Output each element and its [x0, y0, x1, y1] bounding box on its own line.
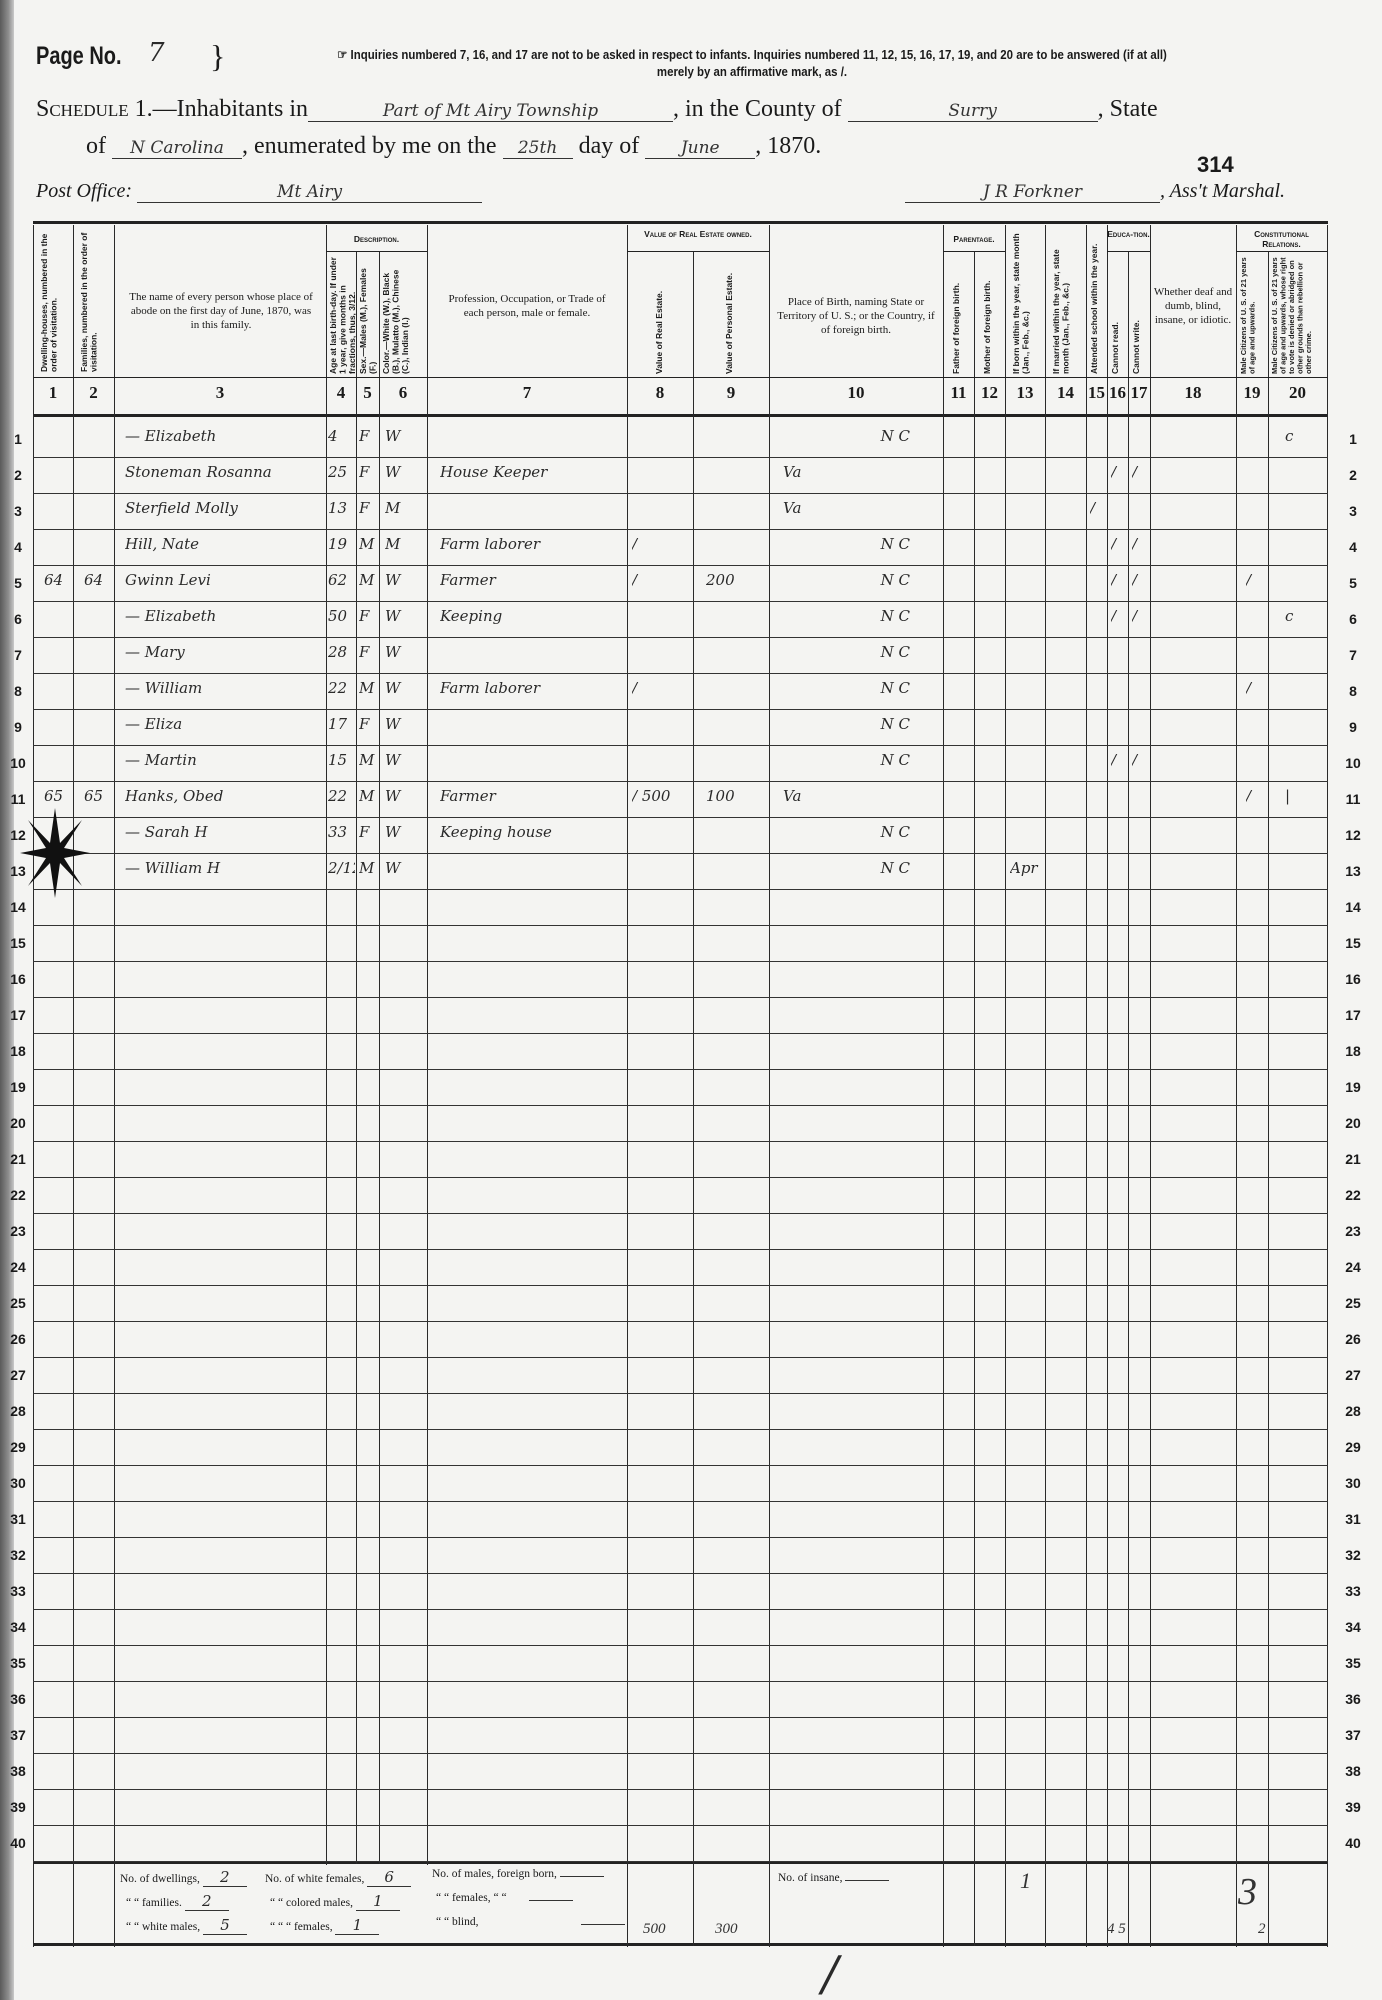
table-row: 3232	[33, 1537, 1328, 1574]
cannot-read: /	[1111, 463, 1126, 481]
table-row: 3333	[33, 1573, 1328, 1610]
color: W	[385, 859, 425, 877]
line-number-left: 34	[3, 1619, 33, 1635]
occupation: Keeping	[440, 607, 625, 625]
age: 22	[328, 679, 355, 697]
line-number-right: 7	[1338, 647, 1368, 663]
header-col-5: Sex.—Males (M.), Females (F.)	[359, 256, 377, 374]
total-read-write: 4 5	[1107, 1921, 1126, 1938]
color: W	[385, 643, 425, 661]
line-number-right: 16	[1338, 971, 1368, 987]
birthplace: Va	[775, 787, 940, 805]
dwelling-number: 64	[44, 571, 73, 589]
table-row: 3030	[33, 1465, 1328, 1502]
year-label: , 1870.	[755, 133, 821, 159]
line-number-left: 2	[3, 467, 33, 483]
line-number-right: 9	[1338, 719, 1368, 735]
line-number-left: 24	[3, 1259, 33, 1275]
colored-females-label: “ “ “ females,	[270, 1921, 333, 1933]
marshal-label: , Ass't Marshal.	[1160, 180, 1285, 202]
state-field: N Carolina	[112, 138, 242, 159]
line-number-right: 25	[1338, 1295, 1368, 1311]
vote-denied: c	[1285, 427, 1320, 445]
table-row: Sterfield Molly13FMVa/33	[33, 493, 1328, 530]
sex: F	[359, 607, 379, 625]
header-group-value: Value of Real Estate owned.	[627, 229, 769, 239]
marshal-line: J R Forkner, Ass't Marshal.	[905, 180, 1285, 203]
color: W	[385, 787, 425, 805]
blind-count	[581, 1924, 625, 1925]
table-row: 2828	[33, 1393, 1328, 1430]
county-field: Surry	[848, 101, 1098, 122]
family-number: 64	[84, 571, 114, 589]
birthplace: N C	[775, 715, 940, 733]
day-field: 25th	[503, 138, 573, 159]
birthplace: N C	[775, 607, 940, 625]
age: 15	[328, 751, 355, 769]
table-row: — Elizabeth4FWN Cc11	[33, 421, 1328, 458]
table-row: — William22MWFarm laborer/N C/88	[33, 673, 1328, 710]
header-col-15: Attended school within the year.	[1090, 232, 1103, 374]
table-row: 3636	[33, 1681, 1328, 1718]
table-row: 3737	[33, 1717, 1328, 1754]
instructions-line-1: ☞ Inquiries numbered 7, 16, and 17 are n…	[290, 46, 1214, 63]
dwelling-number: 65	[44, 787, 73, 805]
line-number-right: 38	[1338, 1763, 1368, 1779]
birthplace: N C	[775, 571, 940, 589]
line-number-right: 39	[1338, 1799, 1368, 1815]
person-name: Sterfield Molly	[125, 499, 325, 517]
line-number-right: 13	[1338, 863, 1368, 879]
age: 62	[328, 571, 355, 589]
color: W	[385, 571, 425, 589]
post-office-line: Post Office: Mt Airy	[36, 180, 482, 203]
sex: M	[359, 787, 379, 805]
table-row: 1515	[33, 925, 1328, 962]
header-col-16: Cannot read.	[1111, 256, 1124, 374]
person-name: — Mary	[125, 643, 325, 661]
table-row: 1616	[33, 961, 1328, 998]
table-row: 1818	[33, 1033, 1328, 1070]
person-name: Gwinn Levi	[125, 571, 325, 589]
line-number-left: 23	[3, 1223, 33, 1239]
line-number-left: 5	[3, 575, 33, 591]
table-row: 3939	[33, 1789, 1328, 1826]
inhabitants-label: —Inhabitants in	[153, 96, 308, 122]
cannot-write: /	[1132, 751, 1147, 769]
line-number-right: 19	[1338, 1079, 1368, 1095]
table-row: 1414	[33, 889, 1328, 926]
person-name: Hill, Nate	[125, 535, 325, 553]
age: 4	[328, 427, 355, 445]
table-row: 2929	[33, 1429, 1328, 1466]
person-name: — William	[125, 679, 325, 697]
line-number-right: 14	[1338, 899, 1368, 915]
person-name: Stoneman Rosanna	[125, 463, 325, 481]
header-col-4: Age at last birth-day. If under 1 year, …	[329, 256, 354, 374]
male-citizen: /	[1246, 571, 1266, 589]
county-label: , in the County of	[673, 96, 842, 122]
blind-label: “ “ blind,	[436, 1916, 478, 1928]
sex: M	[359, 571, 379, 589]
occupation: Farmer	[440, 571, 625, 589]
header-col-17: Cannot write.	[1132, 256, 1145, 374]
header-group-description: Description.	[326, 234, 427, 244]
colored-males-label: “ “ colored males,	[270, 1897, 353, 1909]
occupation: Keeping house	[440, 823, 625, 841]
schedule-label: Schedule 1.	[36, 96, 153, 122]
line-number-left: 31	[3, 1511, 33, 1527]
star-mark-icon	[20, 808, 90, 898]
age: 17	[328, 715, 355, 733]
line-number-left: 30	[3, 1475, 33, 1491]
line-number-left: 29	[3, 1439, 33, 1455]
age: 19	[328, 535, 355, 553]
foreign-males-label: No. of males, foreign born,	[432, 1868, 557, 1880]
color: M	[385, 499, 425, 517]
table-row: 3535	[33, 1645, 1328, 1682]
sex: F	[359, 499, 379, 517]
table-row: — Mary28FWN C77	[33, 637, 1328, 674]
header-col-8: Value of Real Estate.	[655, 256, 667, 374]
color: W	[385, 823, 425, 841]
table-row: 6565Hanks, Obed22MWFarmer/ 500100Va/|111…	[33, 781, 1328, 818]
line-number-right: 18	[1338, 1043, 1368, 1059]
line-number-left: 39	[3, 1799, 33, 1815]
color: W	[385, 715, 425, 733]
line-number-right: 36	[1338, 1691, 1368, 1707]
table-row: 3131	[33, 1501, 1328, 1538]
color: W	[385, 463, 425, 481]
line-number-right: 6	[1338, 611, 1368, 627]
vote-denied: c	[1285, 607, 1320, 625]
real-estate-value: / 500	[632, 787, 692, 805]
total-real-estate: 500	[643, 1921, 666, 1938]
insane-label: No. of insane,	[778, 1872, 843, 1884]
line-number-right: 4	[1338, 539, 1368, 555]
table-top-border	[33, 221, 1328, 224]
table-bottom-border	[33, 1943, 1328, 1946]
birthplace: N C	[775, 679, 940, 697]
line-number-left: 8	[3, 683, 33, 699]
table-row: 1717	[33, 997, 1328, 1034]
line-number-right: 28	[1338, 1403, 1368, 1419]
line-number-left: 16	[3, 971, 33, 987]
foreign-females-label: “ “ females, “ “	[436, 1892, 507, 1904]
families-count: 2	[185, 1892, 229, 1911]
header-col-20: Male Citizens of U. S. of 21 years of ag…	[1271, 256, 1325, 374]
sheet-number: 314	[1197, 152, 1234, 178]
table-row: 2525	[33, 1285, 1328, 1322]
line-number-left: 38	[3, 1763, 33, 1779]
cannot-write: /	[1132, 607, 1147, 625]
attended-school: /	[1090, 499, 1105, 517]
table-row: Stoneman Rosanna25FWHouse KeeperVa//22	[33, 457, 1328, 494]
header-col-2: Families, numbered in the order of visit…	[80, 232, 108, 372]
cannot-read: /	[1111, 751, 1126, 769]
color: W	[385, 751, 425, 769]
total-personal-estate: 300	[715, 1921, 738, 1938]
line-number-right: 23	[1338, 1223, 1368, 1239]
vote-denied: |	[1285, 787, 1320, 805]
cannot-read: /	[1111, 535, 1126, 553]
line-number-left: 14	[3, 899, 33, 915]
line-number-right: 32	[1338, 1547, 1368, 1563]
header-group-constitutional: Constitutional Relations.	[1236, 229, 1327, 249]
person-name: Hanks, Obed	[125, 787, 325, 805]
table-row: — Martin15MWN C//1010	[33, 745, 1328, 782]
color: M	[385, 535, 425, 553]
line-number-left: 22	[3, 1187, 33, 1203]
birth-month: Apr	[1010, 859, 1043, 877]
line-number-right: 21	[1338, 1151, 1368, 1167]
instructions: ☞ Inquiries numbered 7, 16, and 17 are n…	[290, 46, 1214, 80]
birthplace: N C	[775, 859, 940, 877]
real-estate-value: /	[632, 679, 692, 697]
line-number-right: 40	[1338, 1835, 1368, 1851]
line-number-right: 33	[1338, 1583, 1368, 1599]
line-number-left: 1	[3, 431, 33, 447]
line-number-left: 27	[3, 1367, 33, 1383]
header-col-10: Place of Birth, naming State or Territor…	[776, 295, 936, 337]
line-number-right: 31	[1338, 1511, 1368, 1527]
line-number-right: 2	[1338, 467, 1368, 483]
birthplace: Va	[775, 463, 940, 481]
cannot-write: /	[1132, 571, 1147, 589]
white-males-count: 5	[203, 1916, 247, 1935]
colored-males-count: 1	[356, 1892, 400, 1911]
white-females-count: 6	[367, 1868, 411, 1887]
line-number-left: 7	[3, 647, 33, 663]
line-number-right: 3	[1338, 503, 1368, 519]
age: 22	[328, 787, 355, 805]
header-col-7: Profession, Occupation, or Trade of each…	[442, 292, 612, 320]
birthplace: N C	[775, 427, 940, 445]
dwellings-count: 2	[203, 1868, 247, 1887]
table-row: 2020	[33, 1105, 1328, 1142]
birthplace: N C	[775, 823, 940, 841]
sex: F	[359, 715, 379, 733]
header-number-divider	[33, 377, 1328, 378]
line-number-left: 19	[3, 1079, 33, 1095]
table-row: 4040	[33, 1825, 1328, 1862]
page-number-label: Page No.	[36, 42, 122, 71]
cannot-read: /	[1111, 607, 1126, 625]
occupation: Farm laborer	[440, 679, 625, 697]
total-col-19: 3	[1238, 1870, 1257, 1914]
header-group-parentage: Parentage.	[943, 234, 1005, 244]
sex: M	[359, 679, 379, 697]
occupation: Farmer	[440, 787, 625, 805]
enumerated-label: , enumerated by me on the	[242, 133, 497, 159]
color: W	[385, 427, 425, 445]
sex: F	[359, 823, 379, 841]
age: 13	[328, 499, 355, 517]
sex: M	[359, 535, 379, 553]
sex: F	[359, 643, 379, 661]
cannot-write: /	[1132, 463, 1147, 481]
enumeration-line: of N Carolina, enumerated by me on the 2…	[86, 133, 821, 160]
header-group-education: Educa-tion.	[1107, 229, 1150, 239]
line-number-right: 12	[1338, 827, 1368, 843]
family-number: 65	[84, 787, 114, 805]
dwellings-label: No. of dwellings,	[120, 1873, 200, 1885]
header-bottom-border	[33, 414, 1328, 417]
birthplace: N C	[775, 643, 940, 661]
review-check-mark: /	[822, 1946, 838, 2000]
line-number-right: 8	[1338, 683, 1368, 699]
real-estate-value: /	[632, 571, 692, 589]
occupation: House Keeper	[440, 463, 625, 481]
line-number-right: 15	[1338, 935, 1368, 951]
line-number-right: 27	[1338, 1367, 1368, 1383]
line-number-left: 20	[3, 1115, 33, 1131]
person-name: — William H	[125, 859, 325, 877]
occupation: Farm laborer	[440, 535, 625, 553]
line-number-right: 26	[1338, 1331, 1368, 1347]
line-number-left: 40	[3, 1835, 33, 1851]
table-row: Hill, Nate19MMFarm laborer/N C//44	[33, 529, 1328, 566]
foreign-females-count	[529, 1900, 573, 1901]
post-office-field: Mt Airy	[137, 182, 482, 203]
person-name: — Elizabeth	[125, 607, 325, 625]
header-col-13: If born within the year, state month (Ja…	[1012, 232, 1038, 374]
line-number-right: 1	[1338, 431, 1368, 447]
personal-estate-value: 200	[706, 571, 766, 589]
page-number-value: 7	[148, 38, 165, 68]
line-number-right: 20	[1338, 1115, 1368, 1131]
line-number-left: 35	[3, 1655, 33, 1671]
line-number-left: 11	[3, 791, 33, 807]
header-col-19: Male Citizens of U. S. of 21 years of ag…	[1240, 256, 1266, 374]
sex: F	[359, 463, 379, 481]
table-row: 2323	[33, 1213, 1328, 1250]
color: W	[385, 607, 425, 625]
age: 25	[328, 463, 355, 481]
line-number-right: 30	[1338, 1475, 1368, 1491]
post-office-label: Post Office:	[36, 180, 132, 202]
white-females-label: No. of white females,	[265, 1873, 364, 1885]
birthplace: N C	[775, 535, 940, 553]
header-col-14: If married within the year, state month …	[1052, 232, 1078, 374]
table-row: 2222	[33, 1177, 1328, 1214]
schedule-line: Schedule 1.—Inhabitants inPart of Mt Air…	[36, 96, 1158, 123]
total-col-13: 1	[1020, 1868, 1031, 1894]
table-row: 3434	[33, 1609, 1328, 1646]
sex: F	[359, 427, 379, 445]
line-number-left: 18	[3, 1043, 33, 1059]
line-number-right: 10	[1338, 755, 1368, 771]
table-row: — William H2/12MWN CApr1313	[33, 853, 1328, 890]
line-number-right: 29	[1338, 1439, 1368, 1455]
male-citizen: /	[1246, 787, 1266, 805]
table-row: — Sarah H33FWKeeping houseN C1212	[33, 817, 1328, 854]
person-name: — Elizabeth	[125, 427, 325, 445]
real-estate-value: /	[632, 535, 692, 553]
line-number-left: 32	[3, 1547, 33, 1563]
month-field: June	[645, 138, 755, 159]
line-number-left: 15	[3, 935, 33, 951]
person-name: — Martin	[125, 751, 325, 769]
table-row: 2424	[33, 1249, 1328, 1286]
line-number-left: 4	[3, 539, 33, 555]
white-males-label: “ “ white males,	[126, 1921, 200, 1933]
line-number-right: 17	[1338, 1007, 1368, 1023]
header-col-11: Father of foreign birth.	[952, 256, 964, 374]
line-number-left: 6	[3, 611, 33, 627]
day-of-label: day of	[579, 133, 640, 159]
line-number-left: 3	[3, 503, 33, 519]
age: 50	[328, 607, 355, 625]
birthplace: N C	[775, 751, 940, 769]
line-number-right: 22	[1338, 1187, 1368, 1203]
table-row: 1919	[33, 1069, 1328, 1106]
line-number-left: 28	[3, 1403, 33, 1419]
age: 28	[328, 643, 355, 661]
cannot-read: /	[1111, 571, 1126, 589]
line-number-left: 36	[3, 1691, 33, 1707]
person-name: — Sarah H	[125, 823, 325, 841]
line-number-left: 9	[3, 719, 33, 735]
line-number-right: 37	[1338, 1727, 1368, 1743]
line-number-right: 24	[1338, 1259, 1368, 1275]
state-label: , State	[1098, 96, 1158, 122]
person-name: — Eliza	[125, 715, 325, 733]
table-row: 2626	[33, 1321, 1328, 1358]
line-number-right: 5	[1338, 575, 1368, 591]
line-number-left: 26	[3, 1331, 33, 1347]
sex: M	[359, 859, 379, 877]
sex: M	[359, 751, 379, 769]
header-col-9: Value of Personal Estate.	[725, 256, 737, 374]
line-number-left: 25	[3, 1295, 33, 1311]
header-col-18: Whether deaf and dumb, blind, insane, or…	[1152, 285, 1234, 327]
instructions-line-2: merely by an affirmative mark, as /.	[290, 63, 1214, 80]
personal-estate-value: 100	[706, 787, 766, 805]
line-number-left: 33	[3, 1583, 33, 1599]
table-row: 2121	[33, 1141, 1328, 1178]
header-col-1: Dwelling-houses, numbered in the order o…	[40, 232, 68, 372]
line-number-left: 10	[3, 755, 33, 771]
line-number-left: 21	[3, 1151, 33, 1167]
total-col-20: 2	[1258, 1921, 1266, 1938]
cannot-write: /	[1132, 535, 1147, 553]
township-field: Part of Mt Airy Township	[308, 101, 673, 122]
line-number-right: 34	[1338, 1619, 1368, 1635]
of-label: of	[86, 133, 106, 159]
line-number-right: 35	[1338, 1655, 1368, 1671]
families-label: “ “ families.	[126, 1897, 182, 1909]
header-col-6: Color.—White (W.), Black (B.), Mulatto (…	[382, 256, 424, 374]
insane-count	[845, 1880, 889, 1881]
foreign-males-count	[560, 1876, 604, 1877]
table-row: 6464Gwinn Levi62MWFarmer/200N C///55	[33, 565, 1328, 602]
male-citizen: /	[1246, 679, 1266, 697]
table-row: — Elizabeth50FWKeepingN C//c66	[33, 601, 1328, 638]
line-number-right: 11	[1338, 791, 1368, 807]
table-row: 2727	[33, 1357, 1328, 1394]
line-number-left: 37	[3, 1727, 33, 1743]
table-row: — Eliza17FWN C99	[33, 709, 1328, 746]
header-col-3: The name of every person whose place of …	[126, 290, 316, 332]
birthplace: Va	[775, 499, 940, 517]
age: 33	[328, 823, 355, 841]
colored-females-count: 1	[335, 1916, 379, 1935]
color: W	[385, 679, 425, 697]
page-number-brace: }	[210, 38, 225, 75]
age: 2/12	[328, 859, 355, 877]
header-col-12: Mother of foreign birth.	[983, 256, 995, 374]
